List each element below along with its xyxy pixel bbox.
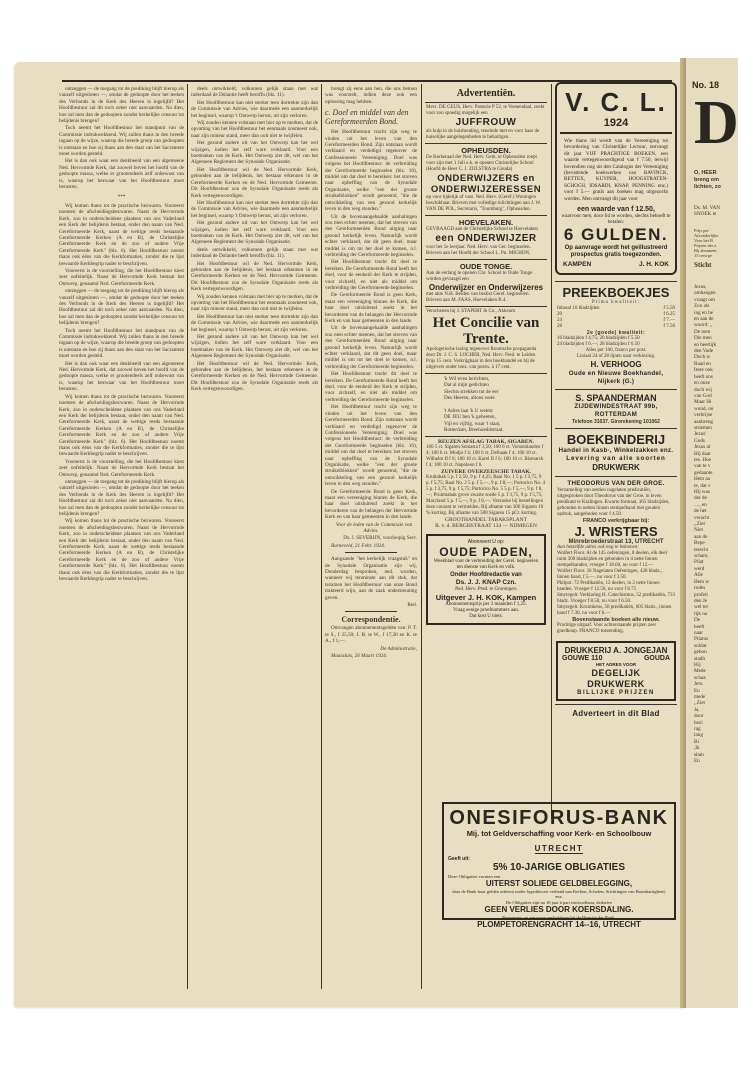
vcl-request: Op aanvrage wordt het geillustreerd pros…	[560, 245, 672, 259]
column-rule	[421, 84, 422, 989]
article-column-3: brengt zij eens aan hen, die ons betoon …	[325, 86, 417, 991]
ad-boekbinderij: BOEKBINDERIJ Handel in Kasb-, Winkelzakk…	[555, 428, 677, 476]
paragraph: Het gezond andere uit van het Ontwerp ka…	[191, 140, 318, 166]
ad-footer: R. v. d. BERGHSTRAAT 134 — NIJMEGEN	[426, 523, 546, 529]
paragraph: brengt zij eens aan hen, die ons betoon …	[325, 86, 417, 105]
motto-line: O, HEER	[694, 170, 738, 177]
bank-subtitle: Mij. tot Geldverschaffing voor Kerk- en …	[448, 829, 670, 838]
ad-preekboekjes: PREEKBOEKJES Prima kwaliteit: Inhoud 16 …	[555, 281, 677, 389]
section-heading: Sticht	[694, 262, 738, 268]
paragraph: Het Hoofdbestuur tracht dit doel te bere…	[325, 259, 417, 291]
ad-intro: De Kerkeraad der Ned. Herv. Gem. te Ophe…	[426, 155, 546, 173]
ad-adverteer: Adverteert in dit Blad	[555, 704, 677, 722]
paragraph: Het is dan ook waar een denkbeeld van ee…	[59, 361, 184, 393]
date-line: Barneveld, 21 Febr. 1924.	[325, 543, 417, 549]
ad-intro: Mevr. DE GEUS, Herv. Pastorie P 52, te V…	[426, 105, 546, 117]
ad-main: DEGELIJK DRUKWERK	[562, 668, 670, 690]
paragraph: Het Hoofdbestuur tracht dit doel te bere…	[325, 371, 417, 403]
bank-headline: UITERST SOLIEDE GELDBELEGGING,	[448, 879, 670, 889]
ad-title: JUFFROUW	[426, 117, 546, 129]
ad-shop: Oude en Nieuwe Boekhandel, Nijkerk (G.)	[557, 370, 675, 386]
signature: Ds. J. SEVERIJN, voorloopig Secr.	[325, 535, 417, 541]
ad-prices: BILLIJKE PRIJZEN	[562, 690, 670, 696]
vcl-pay: waarvoor men, door lid te worden, slecht…	[560, 213, 672, 225]
motto-line: lichten, zo	[694, 184, 738, 191]
ad-body: als hulp in de huishouding, teneinde met…	[426, 129, 546, 141]
paragraph: Het Hoofdbestuur kan niet sterker teen d…	[191, 100, 318, 119]
vcl-body: Wie thans lid wordt van de Vereeniging t…	[560, 134, 672, 206]
paragraph: Het Hoofdbestuur tracht zijn weg te vind…	[325, 129, 417, 212]
paragraph: Ontvangen abonnementsgelden van: P. T. t…	[325, 625, 417, 644]
vcl-value: een waarde van f 12.50,	[560, 206, 672, 213]
ad-address: ZIJDEWINDESTRAAT 99b, ROTTERDAM	[557, 403, 675, 419]
paragraph: ontzeggen — de toegang tot de prediking …	[59, 479, 184, 517]
ad-heading: OUDE TONGE.	[426, 262, 546, 271]
ad-intro: Aan de eerlang te openen Chr. School te …	[426, 271, 546, 283]
paragraph: Uit de bovenaangehaalde aanhalingen zou …	[325, 325, 417, 370]
ad-tabak: REUZEN AFSLAG TABAK, SIGAREN. 100 5 ct. …	[425, 436, 547, 531]
divider	[345, 552, 397, 553]
article-column-2: deels ontwikkeld, volkomen gelijk staan …	[191, 86, 318, 991]
ad-vcl: V. C. L. 1924 Wie thans lid wordt van de…	[555, 82, 677, 275]
signature: Red.	[325, 602, 417, 608]
ad-hoevelaken: HOEVELAKEN. GEVRAAGD aan de Christelijke…	[425, 215, 547, 259]
ad-title: ONDERWIJZERS en ONDERWIJZERESSEN	[426, 173, 546, 195]
ad-opheusden: OPHEUSDEN. De Kerkeraad der Ned. Herv. G…	[425, 143, 547, 215]
paragraph: Voor de leden van de Commissie van Advie…	[325, 522, 417, 535]
paragraph: deels ontwikkeld, volkomen gelijk staan …	[191, 247, 318, 260]
vcl-city: KAMPEN	[563, 261, 591, 268]
ad-heading: REUZEN AFSLAG TABAK, SIGAREN.	[426, 439, 546, 445]
ad-note: Dat kost U niets.	[431, 614, 541, 620]
ad-poem: 'k Wil even berichten,Dat al mijn gedich…	[425, 373, 547, 436]
notice: Aangaande "het kerkelijk vraagstuk" en d…	[325, 556, 417, 601]
price-line: 15 cent pe	[694, 253, 738, 258]
ad-line: Levering van alle soorten	[557, 455, 675, 463]
column-rule	[321, 84, 322, 989]
bank-line: daar de Bank haar gelden uitleent onder …	[448, 889, 670, 899]
paragraph: De Gereformeerde Bond is geen Kerk, maar…	[325, 489, 417, 521]
section-heading: c. Doel en middel van den Gereformeerden…	[325, 108, 417, 126]
ad-oude-paden: Abonneert U op: OUDE PADEN, Weekblad voo…	[426, 534, 546, 625]
ad-phone: Telefoon 31037. Girorekening 101062	[557, 419, 675, 425]
ad-jongejan: DRUKKERIJ A. JONGEJAN GOUWE 110 GOUDA HE…	[556, 641, 676, 701]
newspaper-page: ontzeggen — de toegang tot de prediking …	[14, 62, 686, 1007]
ad-title: OUDE PADEN,	[431, 545, 541, 559]
paragraph: deels ontwikkeld, volkomen gelijk staan …	[191, 86, 318, 99]
paragraph: ontzeggen — de toegang tot de prediking …	[59, 288, 184, 326]
ad-juffrouw: Mevr. DE GEUS, Herv. Pastorie P 52, te V…	[425, 102, 547, 143]
paragraph: Wij komen thans tot de practische bezwar…	[59, 394, 184, 458]
ad-intro: Verzameling van zestien nagelaten predic…	[557, 488, 675, 518]
section-separator: ***	[59, 194, 184, 200]
ad-body: op voor tijdelijk of vast. Ned. Herv. (G…	[426, 195, 546, 213]
paragraph: Het gezond andere uit van het Ontwerp ka…	[191, 220, 318, 246]
motto-line: breng om	[694, 177, 738, 184]
ad-title: een ONDERWIJZER	[426, 233, 546, 245]
bank-headline: GEEN VERLIES DOOR KOERSDALING.	[448, 905, 670, 915]
vcl-price: 6 GULDEN.	[560, 225, 672, 245]
masthead-letter: D	[694, 92, 738, 154]
bank-product: 5% 10-JARIGE OBLIGATIES	[448, 862, 670, 874]
ad-title: S. SPAANDERMAN	[557, 393, 675, 403]
paragraph: Wij komen thans tot de practische bezwar…	[59, 203, 184, 267]
vcl-title: V. C. L.	[560, 87, 672, 117]
bank-name: ONESIFORUS-BANK	[448, 807, 670, 829]
ad-body: voor het 5e leerjaar. Ned. Herv. van Ger…	[426, 245, 546, 257]
paragraph: Het Hoofdbestuur kan niet sterker teen d…	[191, 200, 318, 219]
book-item: Wolfert Floor. 36 Nagelaten Oefeningen, …	[557, 569, 675, 581]
paragraph: ontzeggen — de toegang tot de prediking …	[59, 86, 184, 124]
paragraph: Het is dan ook waar een denkbeeld van ee…	[59, 158, 184, 190]
next-page-text: Jezus,omhangenvraagt omZoo alsing en bee…	[694, 284, 738, 844]
ad-concilie-van-trente: Verschenen bij J. STAPERT & Co., Akkeum …	[425, 306, 547, 373]
column-rule	[187, 84, 188, 989]
article-column-1: ontzeggen — de toegang tot de prediking …	[59, 86, 184, 991]
ad-price: Abonnementsprijs per 3 maanden f 1,25.	[431, 602, 541, 608]
paragraph: Wij zouden kennen volstaan met hier op t…	[191, 294, 318, 313]
ad-title: PREEKBOEKJES	[557, 285, 675, 300]
paragraph: Vooreerst is de voorstelling, die het Ho…	[59, 459, 184, 478]
ad-title: Het Concilie van Trente.	[426, 315, 546, 347]
ad-seller: H. VERHOOG	[557, 360, 675, 370]
ad-title: Onderwijzer en Onderwijzeres	[426, 283, 546, 292]
ad-editor: Ds. J. J. KNAP Czn.	[431, 579, 541, 587]
book-item: Smytegelt. Verklaring H. Catechismus, 52…	[557, 593, 675, 605]
ad-heading: THEODORUS VAN DER GROE.	[557, 480, 675, 488]
ad-body: Krultabak 5 p. f 2,50, 9 p. f 4,25; Baai…	[426, 475, 546, 517]
ad-sub: Onder Hoofdredactie van	[431, 571, 541, 579]
book-list: Wolfert Floor. Al de 145 oefeningen, 8 d…	[557, 551, 675, 617]
ad-body: Weekblad voor de verbreiding der Gerel. …	[431, 559, 541, 571]
price-lines: Prijs perAfzonderlijkeVoor het BPrijzen …	[694, 228, 738, 258]
paragraph: Het gezond andere uit van het Ontwerp ka…	[191, 334, 318, 360]
ad-spaanderman: S. SPAANDERMAN ZIJDEWINDESTRAAT 99b, ROT…	[555, 389, 677, 428]
ad-line: Handel in Kasb-, Winkelzakken enz.	[557, 447, 675, 455]
bank-address: PLOMPETORENGRACHT 14--16, UTRECHT	[448, 920, 670, 930]
ad-body: 100 5 ct. Sigaren Sumatra f 3,50; 100 6 …	[426, 445, 546, 469]
paragraph: Het Hoofdbestuur wil de Ned. Hervormde K…	[191, 361, 318, 393]
poem-line: Rotterdam, Breehoeddstraat.	[444, 427, 546, 433]
text-line: En	[694, 758, 738, 764]
paragraph: Het Hoofdbestuur wil de Ned. Hervormde K…	[191, 261, 318, 293]
book-item: Wolfert Floor. Al de 145 oefeningen, 8 d…	[557, 551, 675, 569]
correspondence-heading: Correspondentie.	[325, 615, 417, 625]
ad-body: Apologetische lezing tegenover Roomsche …	[426, 347, 546, 371]
ad-oude-tonge: OUDE TONGE. Aan de eerlang te openen Chr…	[425, 259, 547, 306]
paragraph: Uit de bovenaangehaalde aanhalingen zou …	[325, 214, 417, 259]
ad-title: J. WRISTERS	[557, 524, 675, 539]
ad-wristers: THEODORUS VAN DER GROE. Verzameling van …	[555, 476, 677, 638]
book-item: Smytegelt. Kruimkens, 50 predikatiën, 60…	[557, 605, 675, 617]
ad-footer: Prachtige uitgaaf. Voor achterstaande pr…	[557, 623, 675, 635]
ad-heading: OPHEUSDEN.	[426, 146, 546, 155]
ad-city: GOUDA	[644, 656, 670, 662]
vcl-publisher: J. H. KOK	[639, 261, 669, 268]
signature: De Administratie,	[325, 646, 417, 652]
ad-onesiforus-bank: ONESIFORUS-BANK Mij. tot Geldverschaffin…	[442, 802, 676, 920]
date-line: Maassluis, 26 Maart 1924.	[325, 653, 417, 659]
book-item: Philpot. 72 Predikatiën, 12 deelen, in 2…	[557, 581, 675, 593]
vcl-year: 1924	[560, 117, 672, 134]
paragraph: Het Hoofdbestuur tracht zijn weg te vind…	[325, 404, 417, 487]
divider	[345, 611, 397, 612]
paragraph: Wij zouden kennen volstaan met hier op t…	[191, 120, 318, 139]
editor-line: SNOEK te	[694, 211, 738, 217]
ad-title: BOEKBINDERIJ	[557, 432, 675, 447]
poem: 'k Wil even berichten,Dat al mijn gedich…	[426, 376, 546, 434]
paragraph: De Gereformeerde Bond is geen Kerk, maar…	[325, 292, 417, 324]
ad-heading: HOEVELAKEN.	[426, 218, 546, 227]
column-rule	[551, 84, 552, 819]
paragraph: Toch neemt het Hoofdbestuur het standpun…	[59, 125, 184, 157]
paragraph: Vooreerst is de voorstelling, die het Ho…	[59, 268, 184, 287]
price-list: Inhoud 16 bladzijdenf 5.5020f 6.2524f 7.…	[557, 306, 675, 330]
paragraph: Het Hoofdbestuur kan niet sterker teen d…	[191, 314, 318, 333]
advertisements-header: Advertentiën.	[425, 86, 547, 102]
ad-title: Adverteert in dit Blad	[557, 709, 675, 719]
ad-body: met akte N.H. Beiden van beslist Geref. …	[426, 292, 546, 304]
motto: O, HEERbreng omlichten, zo	[694, 170, 738, 191]
paragraph: Wij komen thans tot de practische bezwar…	[59, 518, 184, 582]
ad-subheading: ZUIVERE OVERZEESCHE TABAK.	[426, 469, 546, 475]
bank-city: UTRECHT	[535, 844, 584, 854]
paragraph: Het Hoofdbestuur wil de Ned. Hervormde K…	[191, 167, 318, 199]
paragraph: Toch neemt het Hoofdbestuur het standpun…	[59, 328, 184, 360]
ad-publisher: Uitgever J. H. KOK, Kampen	[431, 593, 541, 602]
editor-line: Ds. M. VANSNOEK te	[694, 205, 738, 218]
ad-line: DRUKWERK	[557, 463, 675, 473]
